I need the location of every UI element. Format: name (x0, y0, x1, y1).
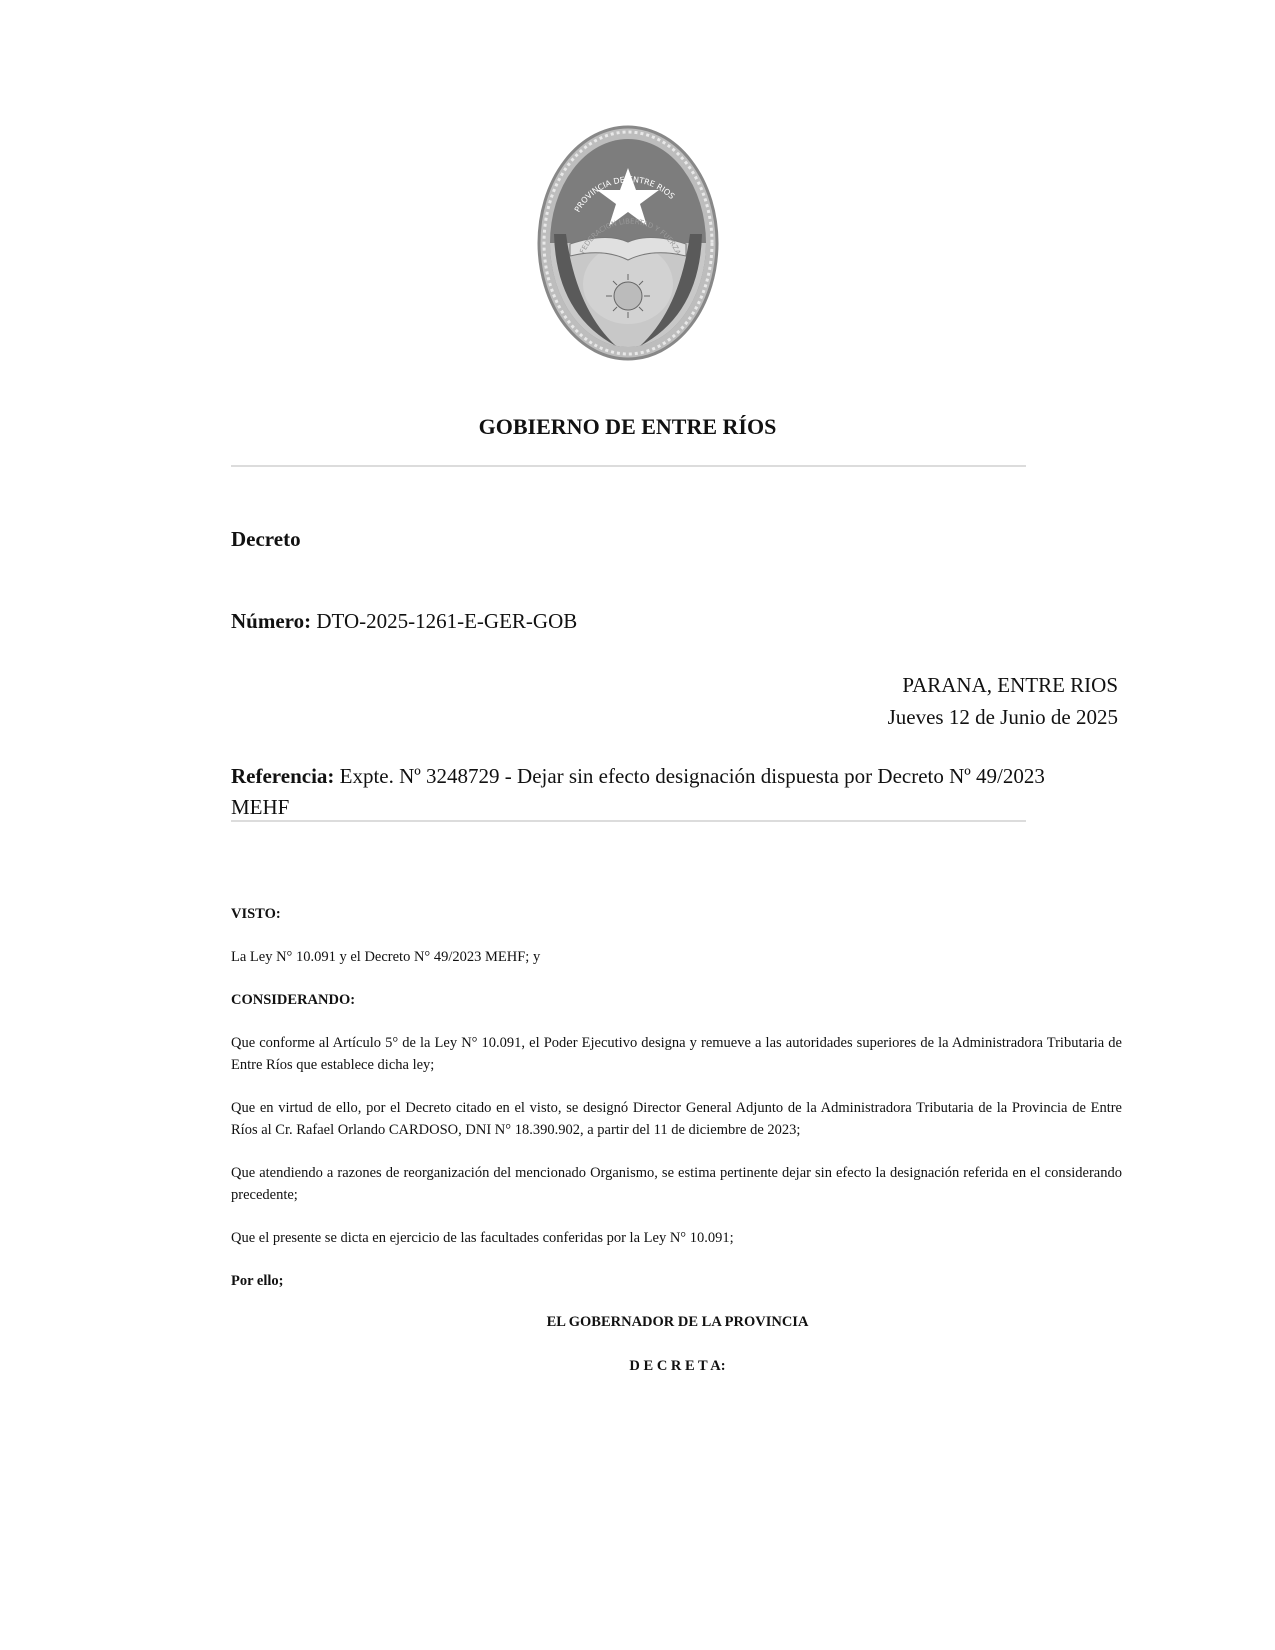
document-reference: Referencia: Expte. Nº 3248729 - Dejar si… (231, 761, 1051, 823)
considerando-heading: CONSIDERANDO: (231, 989, 1122, 1011)
document-number: Número: DTO-2025-1261-E-GER-GOB (231, 609, 577, 634)
header-divider (231, 465, 1026, 467)
visto-text: La Ley N° 10.091 y el Decreto N° 49/2023… (231, 946, 1122, 968)
por-ello: Por ello; (231, 1270, 1122, 1292)
reference-label: Referencia: (231, 764, 334, 788)
number-value: DTO-2025-1261-E-GER-GOB (316, 609, 577, 633)
considerando-paragraph: Que el presente se dicta en ejercicio de… (231, 1227, 1122, 1249)
visto-heading: VISTO: (231, 903, 1122, 925)
government-title: GOBIERNO DE ENTRE RÍOS (0, 414, 1255, 440)
reference-value: Expte. Nº 3248729 - Dejar sin efecto des… (231, 764, 1045, 819)
considerando-paragraph: Que conforme al Artículo 5° de la Ley N°… (231, 1032, 1122, 1076)
document-type: Decreto (231, 527, 301, 552)
considerando-paragraph: Que atendiendo a razones de reorganizaci… (231, 1162, 1122, 1206)
governor-line: EL GOBERNADOR DE LA PROVINCIA (0, 1314, 1275, 1331)
considerando-paragraph: Que en virtud de ello, por el Decreto ci… (231, 1097, 1122, 1141)
number-label: Número: (231, 609, 311, 633)
provincial-seal-icon: PROVINCIA DE ENTRE RIOS FEDERACION LIBER… (536, 124, 720, 362)
reference-divider (231, 820, 1026, 822)
document-date: Jueves 12 de Junio de 2025 (888, 705, 1118, 730)
decreta-heading: D E C R E T A: (0, 1358, 1275, 1375)
document-place: PARANA, ENTRE RIOS (902, 673, 1118, 698)
